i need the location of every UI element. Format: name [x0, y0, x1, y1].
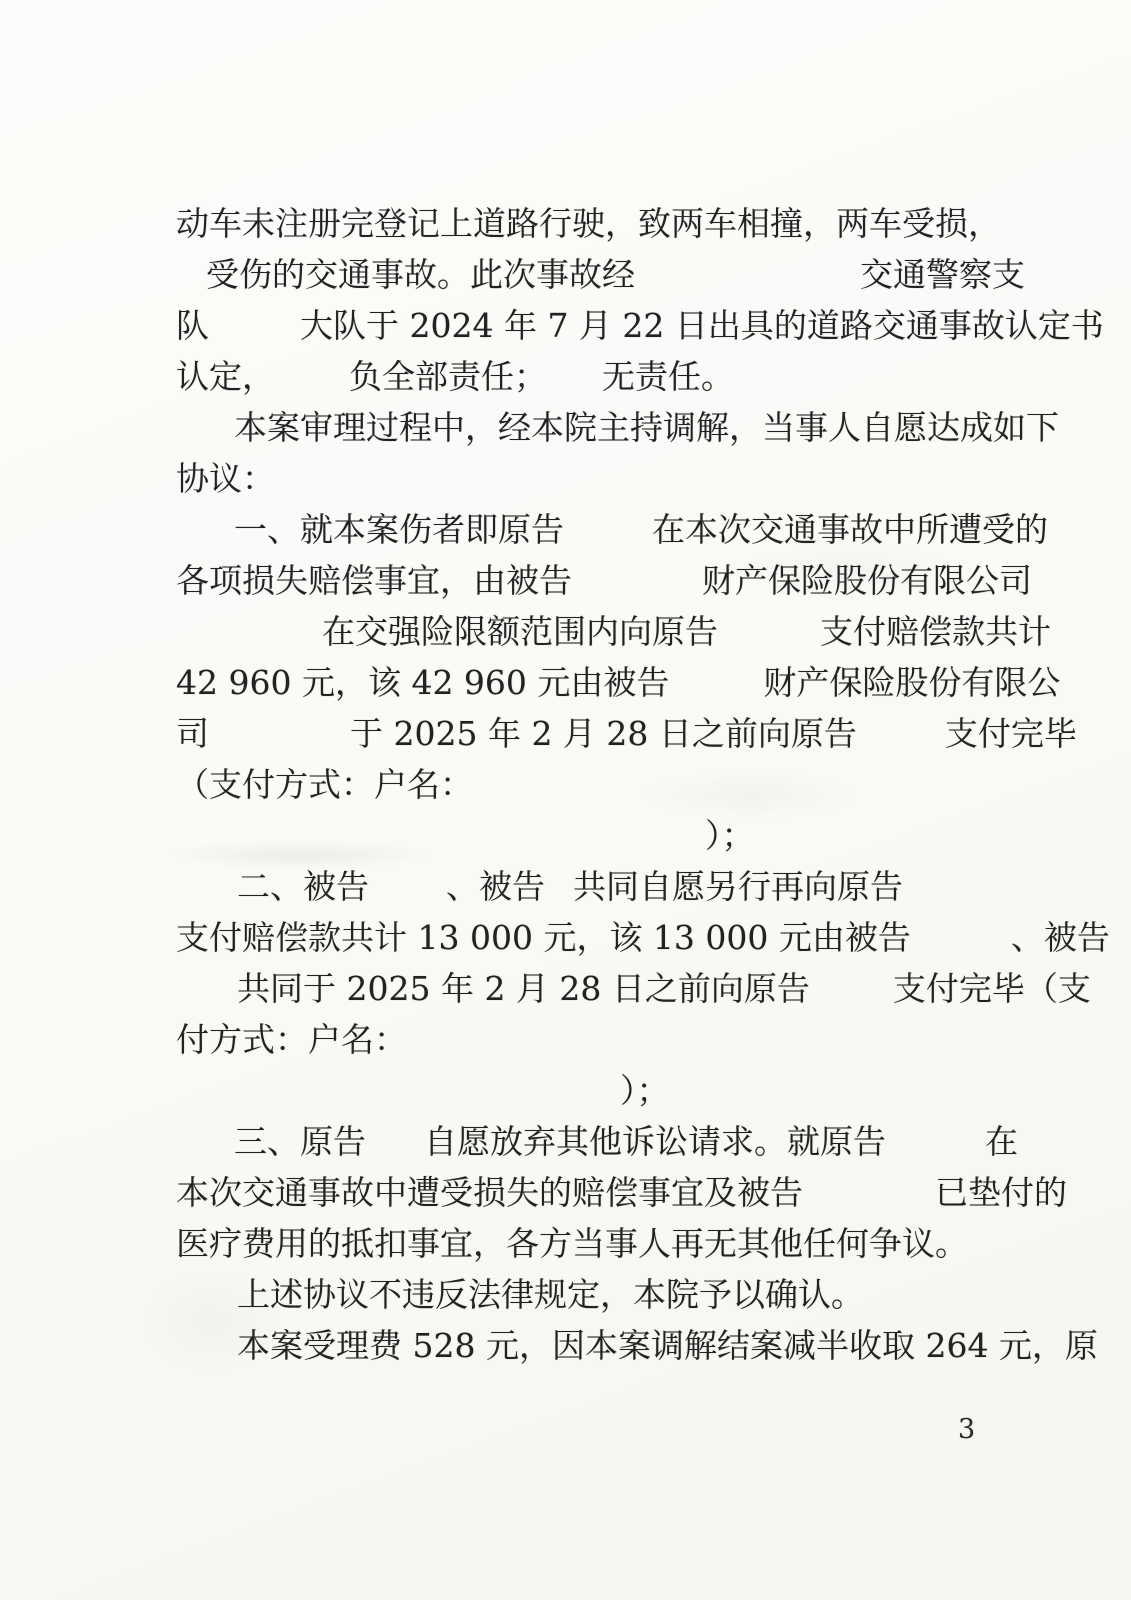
text-segment: 上述协议不违反法律规定，本院予以确认。	[237, 1269, 864, 1320]
document-line: 认定，负全部责任；无责任。	[176, 351, 991, 402]
document-line: ）；	[176, 1065, 991, 1116]
redaction-gap	[810, 984, 893, 994]
document-line: 动车未注册完登记上道路行驶，致两车相撞，两车受损，	[176, 198, 991, 249]
text-segment: 自愿放弃其他诉讼请求。就原告	[424, 1116, 886, 1167]
redaction-gap	[886, 1137, 985, 1147]
redaction-gap	[275, 372, 349, 382]
text-segment: 支付完毕（支	[893, 963, 1091, 1014]
text-segment: 各项损失赔偿事宜，由被告	[176, 555, 572, 606]
text-segment: 已垫付的	[935, 1167, 1067, 1218]
document-line: 各项损失赔偿事宜，由被告财产保险股份有限公司	[176, 555, 991, 606]
text-segment: 42 960 元，该 42 960 元由被告	[176, 657, 669, 708]
redaction-gap	[803, 1188, 935, 1198]
document-line: 本次交通事故中遭受损失的赔偿事宜及被告已垫付的	[176, 1167, 991, 1218]
text-segment: 在	[985, 1116, 1018, 1167]
text-segment: 共同自愿另行再向原告	[573, 861, 903, 912]
redaction-gap	[564, 525, 652, 535]
document-line: 队大队于 2024 年 7 月 22 日出具的道路交通事故认定书	[176, 300, 991, 351]
text-segment: 本次交通事故中遭受损失的赔偿事宜及被告	[176, 1167, 803, 1218]
document-line: 二、被告、被告共同自愿另行再向原告	[176, 861, 991, 912]
text-segment: 三、原告	[234, 1116, 366, 1167]
text-segment: 、被告	[446, 861, 545, 912]
text-segment: 二、被告	[237, 861, 369, 912]
text-segment: 共同于 2025 年 2 月 28 日之前向原告	[237, 963, 810, 1014]
redaction-gap	[369, 882, 446, 892]
text-segment: 支付赔偿款共计	[820, 606, 1051, 657]
document-line: （支付方式：户名：	[176, 759, 991, 810]
document-line: 支付赔偿款共计 13 000 元，该 13 000 元由被告、被告	[176, 912, 991, 963]
document-line: 一、就本案伤者即原告在本次交通事故中所遭受的	[176, 504, 991, 555]
text-segment: ）；	[620, 1065, 670, 1116]
text-segment: 本案审理过程中，经本院主持调解，当事人自愿达成如下	[234, 402, 1059, 453]
document-body: 动车未注册完登记上道路行驶，致两车相撞，两车受损，受伤的交通事故。此次事故经交通…	[176, 198, 991, 1371]
text-segment: 本案受理费 528 元，因本案调解结案减半收取 264 元，原	[237, 1320, 1098, 1371]
document-line: 本案受理费 528 元，因本案调解结案减半收取 264 元，原	[176, 1320, 991, 1371]
text-segment: 队	[176, 300, 209, 351]
document-line: ）；	[176, 810, 991, 861]
document-line: 付方式：户名：	[176, 1014, 991, 1065]
text-segment: 支付完毕	[945, 708, 1077, 759]
redaction-gap	[545, 882, 573, 892]
text-segment: 司	[176, 708, 209, 759]
document-line: 本案审理过程中，经本院主持调解，当事人自愿达成如下	[176, 402, 991, 453]
document-line: 三、原告自愿放弃其他诉讼请求。就原告在	[176, 1116, 991, 1167]
document-line: 共同于 2025 年 2 月 28 日之前向原告支付完毕（支	[176, 963, 991, 1014]
redaction-gap	[635, 270, 860, 280]
document-line: 司于 2025 年 2 月 28 日之前向原告支付完毕	[176, 708, 991, 759]
text-segment: （支付方式：户名：	[176, 759, 473, 810]
text-segment: 、被告	[1011, 912, 1110, 963]
document-line: 医疗费用的抵扣事宜，各方当事人再无其他任何争议。	[176, 1218, 991, 1269]
text-segment: 负全部责任；	[349, 351, 547, 402]
page-number: 3	[958, 1414, 975, 1445]
text-segment: 医疗费用的抵扣事宜，各方当事人再无其他任何争议。	[176, 1218, 968, 1269]
document-line: 在交强险限额范围内向原告支付赔偿款共计	[176, 606, 991, 657]
document-line: 协议：	[176, 453, 991, 504]
text-segment: 在交强险限额范围内向原告	[322, 606, 718, 657]
redaction-gap	[669, 678, 763, 688]
redaction-gap	[209, 729, 350, 739]
text-segment: 无责任。	[602, 351, 734, 402]
text-segment: 付方式：户名：	[176, 1014, 407, 1065]
redaction-gap	[572, 576, 702, 586]
text-segment: 财产保险股份有限公司	[702, 555, 1032, 606]
text-segment: 于 2025 年 2 月 28 日之前向原告	[350, 708, 857, 759]
text-segment: 大队于 2024 年 7 月 22 日出具的道路交通事故认定书	[300, 300, 1104, 351]
text-segment: 协议：	[176, 453, 275, 504]
redaction-gap	[209, 321, 300, 331]
document-line: 42 960 元，该 42 960 元由被告财产保险股份有限公	[176, 657, 991, 708]
text-segment: 受伤的交通事故。此次事故经	[206, 249, 635, 300]
document-page: 动车未注册完登记上道路行驶，致两车相撞，两车受损，受伤的交通事故。此次事故经交通…	[0, 0, 1131, 1600]
text-segment: 交通警察支	[860, 249, 1025, 300]
document-line: 受伤的交通事故。此次事故经交通警察支	[176, 249, 991, 300]
redaction-gap	[911, 933, 1011, 943]
text-segment: 支付赔偿款共计 13 000 元，该 13 000 元由被告	[176, 912, 911, 963]
text-segment: 动车未注册完登记上道路行驶，致两车相撞，两车受损，	[176, 198, 1001, 249]
redaction-gap	[366, 1137, 424, 1147]
document-line: 上述协议不违反法律规定，本院予以确认。	[176, 1269, 991, 1320]
text-segment: 认定，	[176, 351, 275, 402]
text-segment: 在本次交通事故中所遭受的	[652, 504, 1048, 555]
text-segment: 一、就本案伤者即原告	[234, 504, 564, 555]
redaction-gap	[547, 372, 602, 382]
text-segment: 财产保险股份有限公	[763, 657, 1060, 708]
redaction-gap	[857, 729, 945, 739]
text-segment: ）；	[705, 810, 755, 861]
redaction-gap	[718, 627, 820, 637]
